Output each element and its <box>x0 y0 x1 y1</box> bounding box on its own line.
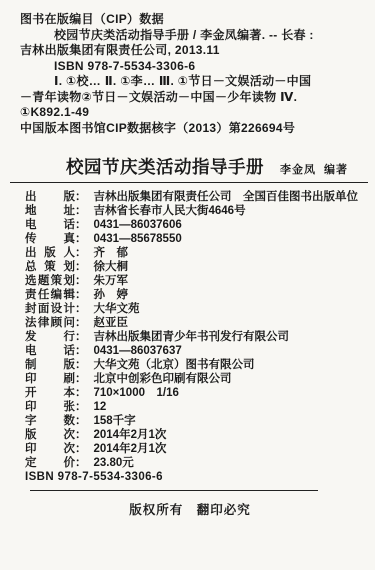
detail-row-edition: 版次：2014年2月1次 <box>25 428 360 442</box>
detail-colon: ： <box>75 442 87 456</box>
footer-rule <box>30 490 318 491</box>
detail-row-word-count: 字数：158千字 <box>25 414 360 428</box>
detail-value: 12 <box>94 401 107 413</box>
detail-row-legal-advisor: 法律顾问：赵亚臣 <box>25 316 360 330</box>
isbn-line: ISBN 978-7-5534-3306-6 <box>25 470 360 484</box>
detail-label: 印刷 <box>25 372 75 386</box>
detail-colon: ： <box>75 232 87 246</box>
cip-record-line3: ISBN 978-7-5534-3306-6 <box>20 59 360 75</box>
cip-record-line2: 吉林出版集团有限责任公司, 2013.11 <box>20 43 360 59</box>
page-footer: 版权所有 翻印必究 <box>20 490 360 518</box>
detail-row-impression: 印次：2014年2月1次 <box>25 442 360 456</box>
detail-colon: ： <box>75 288 87 302</box>
detail-colon: ： <box>75 400 87 414</box>
detail-value: 2014年2月1次 <box>94 443 167 455</box>
detail-colon: ： <box>75 218 87 232</box>
detail-value: 大华文苑 <box>94 303 140 315</box>
detail-label: 出版 <box>25 190 75 204</box>
detail-value: 2014年2月1次 <box>94 429 167 441</box>
title-author: 李金凤编著 <box>280 161 348 177</box>
detail-label: 版次 <box>25 428 75 442</box>
detail-colon: ： <box>75 330 87 344</box>
detail-value: 大华文苑（北京）图书有限公司 <box>94 359 255 371</box>
author-name: 李金凤 <box>280 164 316 176</box>
publication-details: 出版：吉林出版集团有限责任公司 全国百佳图书出版单位 地址：吉林省长春市人民大街… <box>20 190 360 484</box>
title-block: 校园节庆类活动指导手册 李金凤编著 <box>20 154 360 183</box>
detail-value: 吉林省长春市人民大街4646号 <box>94 205 246 217</box>
detail-row-publisher: 出版：吉林出版集团有限责任公司 全国百佳图书出版单位 <box>25 190 360 204</box>
detail-row-sheets: 印张：12 <box>25 400 360 414</box>
detail-label: 定价 <box>25 456 75 470</box>
detail-colon: ： <box>75 344 87 358</box>
detail-row-phone: 电话：0431—86037606 <box>25 218 360 232</box>
detail-colon: ： <box>75 386 87 400</box>
detail-label: 法律顾问 <box>25 316 75 330</box>
detail-value: 158千字 <box>94 415 136 427</box>
detail-colon: ： <box>75 260 87 274</box>
detail-label: 总策划 <box>25 260 75 274</box>
detail-row-topic-planner: 选题策划：朱万军 <box>25 274 360 288</box>
detail-value: 朱万军 <box>94 275 129 287</box>
detail-value: 0431—86037637 <box>94 345 182 357</box>
cip-class-line1: Ⅰ. ①校… Ⅱ. ①李… Ⅲ. ①节日－文娱活动－中国 <box>20 74 360 90</box>
detail-label: 发行 <box>25 330 75 344</box>
book-copyright-page: 图书在版编目（CIP）数据 校园节庆类活动指导手册 / 李金凤编著. -- 长春… <box>0 0 375 570</box>
detail-label: 选题策划 <box>25 274 75 288</box>
detail-label: 字数 <box>25 414 75 428</box>
detail-label: 电话 <box>25 344 75 358</box>
detail-value: 0431—86037606 <box>94 219 182 231</box>
detail-colon: ： <box>75 204 87 218</box>
detail-row-cover-design: 封面设计：大华文苑 <box>25 302 360 316</box>
detail-label: 电话 <box>25 218 75 232</box>
detail-row-editor: 责任编辑：孙 婷 <box>25 288 360 302</box>
detail-row-address: 地址：吉林省长春市人民大街4646号 <box>25 204 360 218</box>
detail-label: 开本 <box>25 386 75 400</box>
book-title: 校园节庆类活动指导手册 <box>66 154 264 179</box>
detail-label: 印张 <box>25 400 75 414</box>
detail-label: 印次 <box>25 442 75 456</box>
detail-value: 赵亚臣 <box>94 317 129 329</box>
detail-label: 出版人 <box>25 246 75 260</box>
title-line: 校园节庆类活动指导手册 李金凤编著 <box>66 154 360 179</box>
detail-row-format: 开本：710×1000 1/16 <box>25 386 360 400</box>
detail-label: 责任编辑 <box>25 288 75 302</box>
cip-record-line1: 校园节庆类活动指导手册 / 李金凤编著. -- 长春 : <box>20 28 360 44</box>
detail-value: 齐 郁 <box>94 247 129 259</box>
detail-row-printing: 印刷：北京中创彩色印刷有限公司 <box>25 372 360 386</box>
detail-colon: ： <box>75 456 87 470</box>
cip-block: 图书在版编目（CIP）数据 校园节庆类活动指导手册 / 李金凤编著. -- 长春… <box>20 12 360 136</box>
detail-label: 封面设计 <box>25 302 75 316</box>
detail-row-chief-planner: 总策划：徐大桐 <box>25 260 360 274</box>
detail-colon: ： <box>75 302 87 316</box>
detail-row-plate-making: 制版：大华文苑（北京）图书有限公司 <box>25 358 360 372</box>
detail-colon: ： <box>75 428 87 442</box>
copyright-notice: 版权所有 翻印必究 <box>20 500 360 518</box>
detail-value: 吉林出版集团有限责任公司 全国百佳图书出版单位 <box>94 191 359 203</box>
author-role: 编著 <box>324 164 348 176</box>
detail-value: 徐大桐 <box>94 261 129 273</box>
detail-colon: ： <box>75 358 87 372</box>
detail-colon: ： <box>75 372 87 386</box>
detail-value: 0431—85678550 <box>94 233 182 245</box>
detail-colon: ： <box>75 316 87 330</box>
detail-row-distributor-phone: 电话：0431—86037637 <box>25 344 360 358</box>
detail-row-fax: 传真：0431—85678550 <box>25 232 360 246</box>
detail-colon: ： <box>75 414 87 428</box>
cip-heading: 图书在版编目（CIP）数据 <box>20 12 360 28</box>
detail-colon: ： <box>75 246 87 260</box>
detail-row-distributor: 发行：吉林出版集团青少年书刊发行有限公司 <box>25 330 360 344</box>
cip-class-line2: －青年读物②节日－文娱活动－中国－少年读物 Ⅳ. <box>20 90 360 106</box>
detail-value: 孙 婷 <box>94 289 129 301</box>
cip-class-line3: ①K892.1-49 <box>20 105 360 121</box>
detail-label: 地址 <box>25 204 75 218</box>
detail-label: 制版 <box>25 358 75 372</box>
detail-label: 传真 <box>25 232 75 246</box>
detail-value: 710×1000 1/16 <box>94 387 179 399</box>
detail-value: 吉林出版集团青少年书刊发行有限公司 <box>94 331 290 343</box>
detail-row-publisher-person: 出版人：齐 郁 <box>25 246 360 260</box>
cip-verify-number: 中国版本图书馆CIP数据核字（2013）第226694号 <box>20 121 360 137</box>
detail-value: 北京中创彩色印刷有限公司 <box>94 373 232 385</box>
title-underline <box>10 182 368 183</box>
detail-value: 23.80元 <box>94 457 134 469</box>
detail-colon: ： <box>75 190 87 204</box>
detail-colon: ： <box>75 274 87 288</box>
detail-row-price: 定价：23.80元 <box>25 456 360 470</box>
